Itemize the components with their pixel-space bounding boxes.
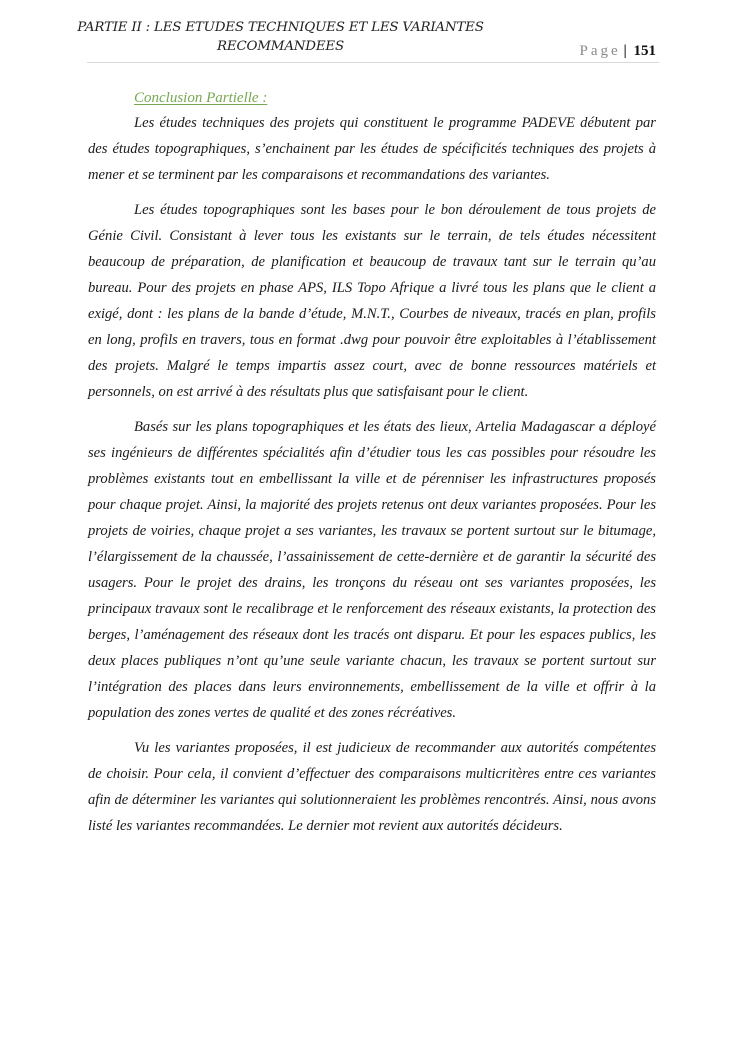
header-title-line-1: PARTIE II : LES ETUDES TECHNIQUES ET LES… [58, 18, 503, 37]
page-number: 151 [634, 43, 657, 59]
page-header: PARTIE II : LES ETUDES TECHNIQUES ET LES… [0, 0, 745, 64]
page-body: Conclusion Partielle : Les études techni… [88, 86, 656, 848]
running-header-title: PARTIE II : LES ETUDES TECHNIQUES ET LES… [58, 18, 503, 56]
header-title-line-2: RECOMMANDEES [58, 37, 503, 56]
paragraph-4: Vu les variantes proposées, il est judic… [88, 735, 656, 839]
paragraph-2: Les études topographiques sont les bases… [88, 197, 656, 405]
page-label: Page [580, 43, 621, 59]
section-heading: Conclusion Partielle : [134, 86, 656, 110]
page-number-block: Page | 151 [580, 42, 656, 60]
paragraph-1: Les études techniques des projets qui co… [88, 110, 656, 188]
page-separator: | [623, 43, 626, 59]
header-divider [87, 62, 659, 63]
paragraph-3: Basés sur les plans topographiques et le… [88, 414, 656, 726]
